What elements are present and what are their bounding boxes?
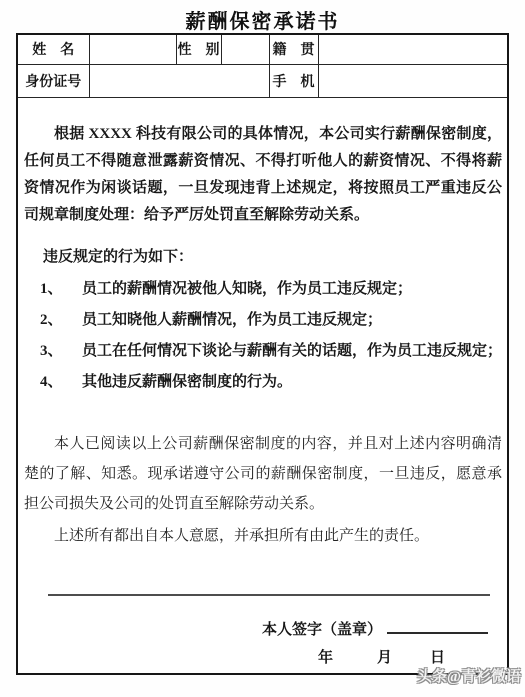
gender-value-cell [221, 35, 269, 64]
list-item-text: 员工的薪酬情况被他人知晓，作为员工违反规定； [82, 281, 412, 297]
phone-value-cell [318, 64, 507, 97]
signature-label: 本人签字（盖章） [262, 622, 382, 638]
responsibility-paragraph: 上述所有都出自本人意愿，并承担所有由此产生的责任。 [24, 521, 502, 551]
list-item-text: 员工知晓他人薪酬情况，作为员工违反规定； [82, 312, 382, 328]
name-value-cell [89, 35, 176, 64]
personal-info-table: 姓 名 性 别 籍 贯 身份证号 手 机 [18, 35, 507, 98]
origin-value-cell [318, 35, 507, 64]
list-item-number: 2、 [40, 305, 82, 336]
list-item-number: 3、 [40, 336, 82, 367]
name-label: 姓 名 [18, 35, 89, 64]
violations-list: 1、员工的薪酬情况被他人知晓，作为员工违反规定； 2、员工知晓他人薪酬情况，作为… [24, 274, 506, 398]
table-row: 姓 名 性 别 籍 贯 [18, 35, 507, 64]
list-item-text: 员工在任何情况下谈论与薪酬有关的话题，作为员工违反规定； [82, 343, 502, 359]
policy-paragraph: 根据 XXXX 科技有限公司的具体情况，本公司实行薪酬保密制度，任何员工不得随意… [24, 121, 502, 229]
signature-blank-line [387, 618, 488, 634]
list-item: 2、员工知晓他人薪酬情况，作为员工违反规定； [24, 305, 506, 336]
document-border-box: 姓 名 性 别 籍 贯 身份证号 手 机 根据 XXXX 科技有限公司的具体情况… [16, 33, 509, 675]
id-number-label: 身份证号 [18, 64, 89, 97]
id-number-value-cell [89, 64, 269, 97]
table-row: 身份证号 手 机 [18, 64, 507, 97]
list-item-text: 其他违反薪酬保密制度的行为。 [82, 374, 292, 390]
phone-label: 手 机 [269, 64, 318, 97]
origin-label: 籍 贯 [269, 35, 318, 64]
signature-row: 本人签字（盖章） [262, 618, 488, 639]
list-item-number: 1、 [40, 274, 82, 305]
list-item: 4、其他违反薪酬保密制度的行为。 [24, 367, 506, 398]
list-item: 1、员工的薪酬情况被他人知晓，作为员工违反规定； [24, 274, 506, 305]
document-title: 薪酬保密承诺书 [0, 5, 525, 34]
gender-label: 性 别 [176, 35, 221, 64]
month-label: 月 [377, 646, 392, 667]
list-item: 3、员工在任何情况下谈论与薪酬有关的话题，作为员工违反规定； [24, 336, 506, 367]
acknowledgement-paragraph: 本人已阅读以上公司薪酬保密制度的内容，并且对上述内容明确清楚的了解、知悉。现承诺… [24, 429, 502, 519]
list-item-number: 4、 [40, 367, 82, 398]
toutiao-watermark: 头条@青衫微语 [417, 665, 521, 686]
year-label: 年 [318, 646, 333, 667]
document-page: { "doc": { "title": "薪酬保密承诺书" }, "info_t… [0, 0, 525, 697]
violations-heading: 违反规定的行为如下： [24, 245, 193, 266]
day-label: 日 [430, 646, 445, 667]
separator-line [48, 594, 490, 596]
